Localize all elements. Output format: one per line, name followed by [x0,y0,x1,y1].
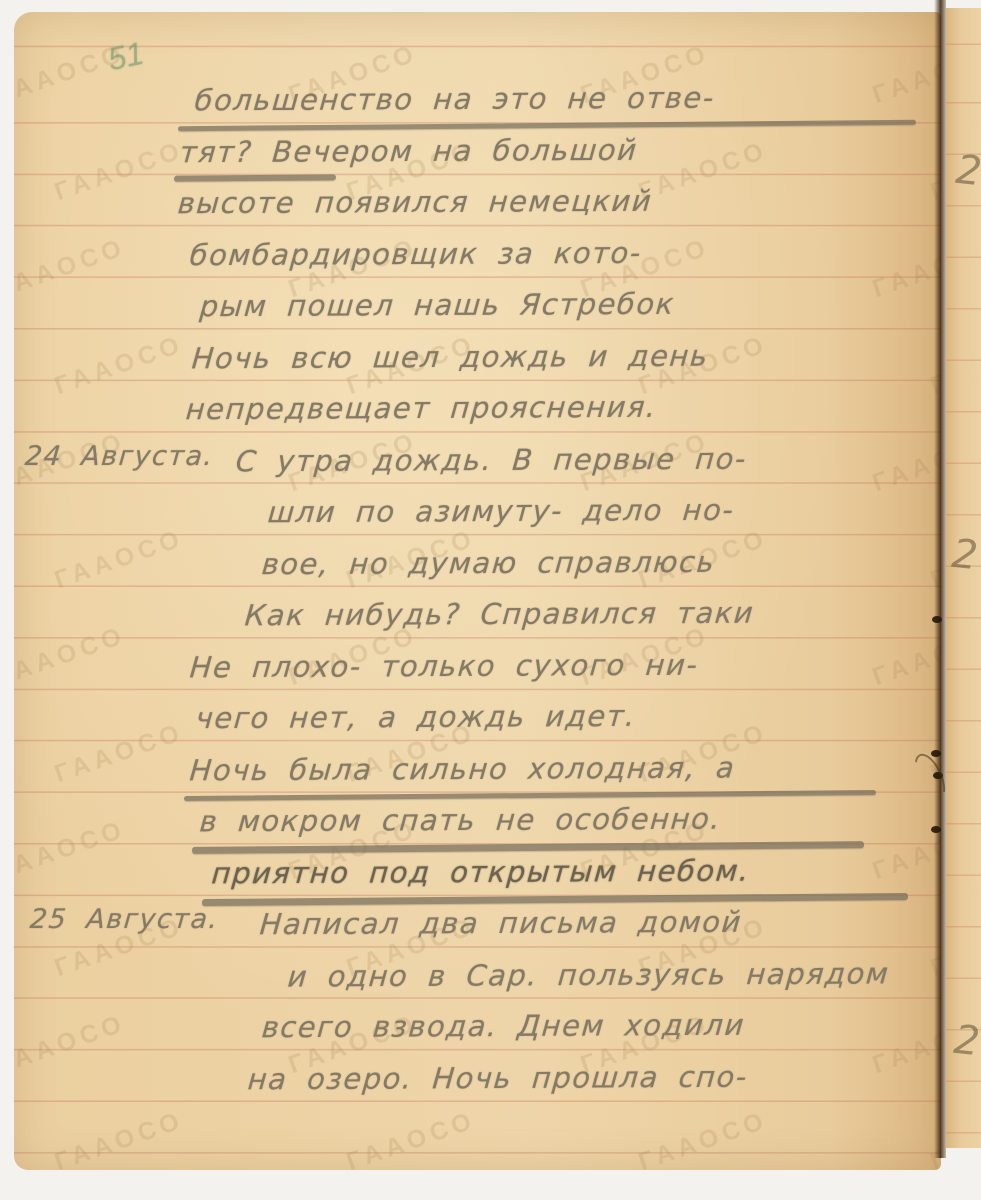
stitch-knot [932,616,942,623]
adjacent-page-text-fragment: 2 [952,1017,981,1065]
diary-text-line: Как нибудь? Справился таки [243,596,755,633]
diary-text-line: Ночь всю шел дождь и день [190,338,710,375]
diary-text-line: бомбардировщик за кото- [189,235,644,271]
diary-text-line: Ночь была сильно холодная, а [188,750,736,787]
diary-text-line: всего взвода. Днем ходили [260,1008,746,1045]
diary-text-line: Написал два письма домой [258,905,743,942]
diary-text-line: непредвещает прояснения. [184,390,658,426]
pencil-underline [202,892,908,905]
stitch-knot [931,826,941,833]
archival-scan: ГААОСОГААОСОГААОСОГААОСОГААОСОГААОСОГААО… [0,0,981,1200]
handwriting-layer: большенство на это не отве-тят? Вечером … [14,12,941,1170]
diary-text-line: рым пошел нашь Ястребок [198,287,676,323]
diary-text-line: и одно в Сар. пользуясь нарядом [286,956,890,993]
diary-text-line: на озеро. Ночь прошла спо- [246,1059,749,1096]
diary-text-line: большенство на это не отве- [193,81,716,118]
adjacent-page-text-fragment: 2 [950,531,980,579]
pencil-underline [192,841,864,854]
diary-text-line: высоте появился немецкий [176,184,653,220]
diary-text-line: тят? Вечером на большой [179,132,640,168]
stitch-knot [931,750,941,757]
diary-page: ГААОСОГААОСОГААОСОГААОСОГААОСОГААОСОГААО… [14,12,941,1170]
diary-text-line: шли по азимуту- дело но- [266,493,735,529]
entry-date-label: 25 Августа. [29,904,220,935]
adjacent-page-strip: 222 [946,8,981,1148]
diary-text-line: вое, но думаю справлюсь [261,544,717,580]
adjacent-page-text-fragment: 2 [954,147,981,195]
diary-text-line: чего нет, а дождь идет. [195,699,638,735]
diary-text-line: приятно под открытым небом. [210,853,751,890]
pencil-underline [178,120,916,131]
pencil-underline [184,789,876,800]
diary-text-line: в мокром спать не особенно. [198,802,722,839]
diary-text-line: Не плохо- только сухого ни- [188,647,699,684]
entry-date-label: 24 Августа. [24,441,215,472]
diary-text-line: С утра дождь. В первые по- [234,441,748,478]
binding-seam [934,0,946,1158]
pencil-underline [174,174,336,181]
